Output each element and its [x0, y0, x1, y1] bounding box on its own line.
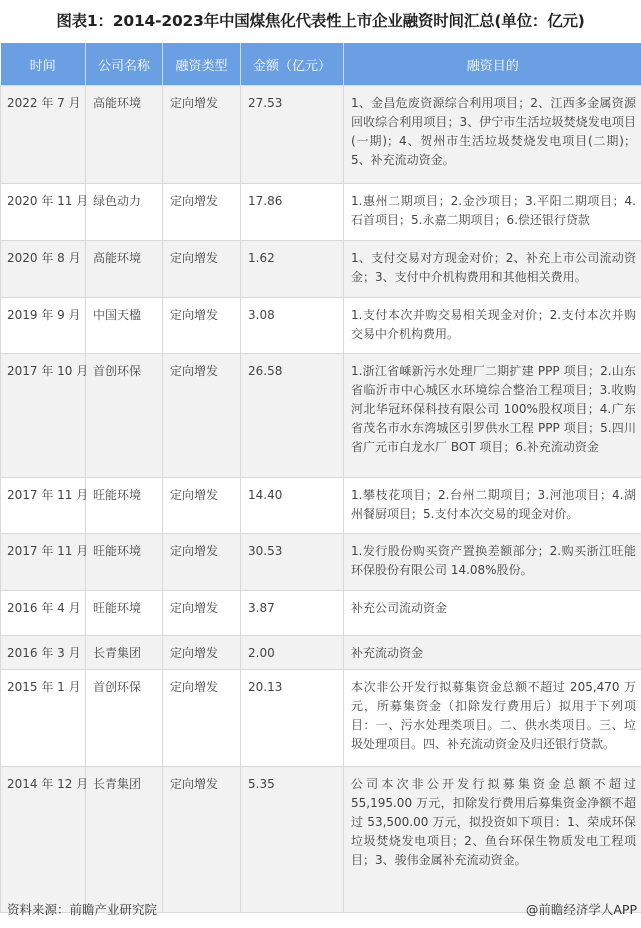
cell-date: 2016 年 3 月	[1, 636, 86, 670]
table-row: 2017 年 11 月 旺能环境 定向增发 14.40 1.攀枝花项目；2.台州…	[1, 478, 641, 534]
table-row: 2022 年 7 月 高能环境 定向增发 27.53 1、金昌危废资源综合利用项…	[1, 86, 641, 184]
cell-type: 定向增发	[163, 478, 241, 534]
cell-purpose: 1.支付本次并购交易相关现金对价；2.支付本次并购交易中介机构费用。	[344, 298, 641, 354]
cell-purpose: 补充流动资金	[344, 636, 641, 670]
cell-company: 绿色动力	[86, 184, 163, 241]
cell-purpose: 本次非公开发行拟募集资金总额不超过 205,470 万元，所募集资金（扣除发行费…	[344, 670, 641, 767]
cell-company: 高能环境	[86, 241, 163, 298]
cell-amount: 30.53	[241, 534, 344, 591]
cell-date: 2017 年 11 月	[1, 534, 86, 591]
cell-amount: 5.35	[241, 767, 344, 913]
cell-purpose: 补充公司流动资金	[344, 591, 641, 636]
table-row: 2020 年 11 月 绿色动力 定向增发 17.86 1.惠州二期项目；2.金…	[1, 184, 641, 241]
cell-date: 2015 年 1 月	[1, 670, 86, 767]
column-header-amount: 金额（亿元）	[241, 43, 344, 86]
cell-company: 旺能环境	[86, 534, 163, 591]
cell-company: 长青集团	[86, 767, 163, 913]
column-header-company: 公司名称	[86, 43, 163, 86]
cell-type: 定向增发	[163, 184, 241, 241]
cell-type: 定向增发	[163, 354, 241, 478]
cell-amount: 3.87	[241, 591, 344, 636]
cell-date: 2017 年 11 月	[1, 478, 86, 534]
cell-amount: 26.58	[241, 354, 344, 478]
cell-type: 定向增发	[163, 670, 241, 767]
column-header-type: 融资类型	[163, 43, 241, 86]
cell-purpose: 1、金昌危废资源综合利用项目；2、江西多金属资源回收综合利用项目；3、伊宁市生活…	[344, 86, 641, 184]
cell-company: 旺能环境	[86, 478, 163, 534]
financing-table: 时间 公司名称 融资类型 金额（亿元） 融资目的 2022 年 7 月 高能环境…	[0, 43, 641, 913]
cell-amount: 20.13	[241, 670, 344, 767]
cell-amount: 27.53	[241, 86, 344, 184]
table-header-row: 时间 公司名称 融资类型 金额（亿元） 融资目的	[1, 43, 641, 86]
cell-type: 定向增发	[163, 534, 241, 591]
column-header-date: 时间	[1, 43, 86, 86]
cell-type: 定向增发	[163, 591, 241, 636]
cell-purpose: 1.发行股份购买资产置换差额部分；2.购买浙江旺能环保股份有限公司 14.08%…	[344, 534, 641, 591]
cell-amount: 14.40	[241, 478, 344, 534]
cell-company: 旺能环境	[86, 591, 163, 636]
cell-date: 2017 年 10 月	[1, 354, 86, 478]
cell-date: 2022 年 7 月	[1, 86, 86, 184]
cell-company: 首创环保	[86, 354, 163, 478]
cell-purpose: 1.浙江省嵊新污水处理厂二期扩建 PPP 项目；2.山东省临沂市中心城区水环境综…	[344, 354, 641, 478]
cell-type: 定向增发	[163, 241, 241, 298]
source-note: 资料来源：前瞻产业研究院	[7, 902, 157, 917]
cell-date: 2014 年 12 月	[1, 767, 86, 913]
cell-date: 2019 年 9 月	[1, 298, 86, 354]
cell-amount: 3.08	[241, 298, 344, 354]
cell-type: 定向增发	[163, 298, 241, 354]
chart-title: 图表1：2014-2023年中国煤焦化代表性上市企业融资时间汇总(单位：亿元)	[0, 9, 641, 31]
table-row: 2019 年 9 月 中国天楹 定向增发 3.08 1.支付本次并购交易相关现金…	[1, 298, 641, 354]
cell-company: 中国天楹	[86, 298, 163, 354]
credit-note: @前瞻经济学人APP	[526, 900, 637, 918]
cell-amount: 17.86	[241, 184, 344, 241]
cell-date: 2020 年 8 月	[1, 241, 86, 298]
table-row: 2017 年 11 月 旺能环境 定向增发 30.53 1.发行股份购买资产置换…	[1, 534, 641, 591]
cell-company: 高能环境	[86, 86, 163, 184]
cell-amount: 1.62	[241, 241, 344, 298]
cell-amount: 2.00	[241, 636, 344, 670]
cell-purpose: 1.惠州二期项目；2.金沙项目；3.平阳二期项目；4.石首项目；5.永嘉二期项目…	[344, 184, 641, 241]
cell-type: 定向增发	[163, 767, 241, 913]
cell-type: 定向增发	[163, 636, 241, 670]
table-row: 2016 年 4 月 旺能环境 定向增发 3.87 补充公司流动资金	[1, 591, 641, 636]
cell-company: 首创环保	[86, 670, 163, 767]
footer: 资料来源：前瞻产业研究院 @前瞻经济学人APP	[7, 900, 637, 918]
cell-company: 长青集团	[86, 636, 163, 670]
cell-date: 2020 年 11 月	[1, 184, 86, 241]
table-row: 2016 年 3 月 长青集团 定向增发 2.00 补充流动资金	[1, 636, 641, 670]
table-row: 2015 年 1 月 首创环保 定向增发 20.13 本次非公开发行拟募集资金总…	[1, 670, 641, 767]
table-row: 2014 年 12 月 长青集团 定向增发 5.35 公司本次非公开发行拟募集资…	[1, 767, 641, 913]
column-header-purpose: 融资目的	[344, 43, 641, 86]
table-row: 2017 年 10 月 首创环保 定向增发 26.58 1.浙江省嵊新污水处理厂…	[1, 354, 641, 478]
cell-purpose: 1、支付交易对方现金对价；2、补充上市公司流动资金；3、支付中介机构费用和其他相…	[344, 241, 641, 298]
cell-purpose: 公司本次非公开发行拟募集资金总额不超过 55,195.00 万元，扣除发行费用后…	[344, 767, 641, 913]
cell-purpose: 1.攀枝花项目；2.台州二期项目；3.河池项目；4.湖州餐厨项目；5.支付本次交…	[344, 478, 641, 534]
table-row: 2020 年 8 月 高能环境 定向增发 1.62 1、支付交易对方现金对价；2…	[1, 241, 641, 298]
cell-date: 2016 年 4 月	[1, 591, 86, 636]
cell-type: 定向增发	[163, 86, 241, 184]
